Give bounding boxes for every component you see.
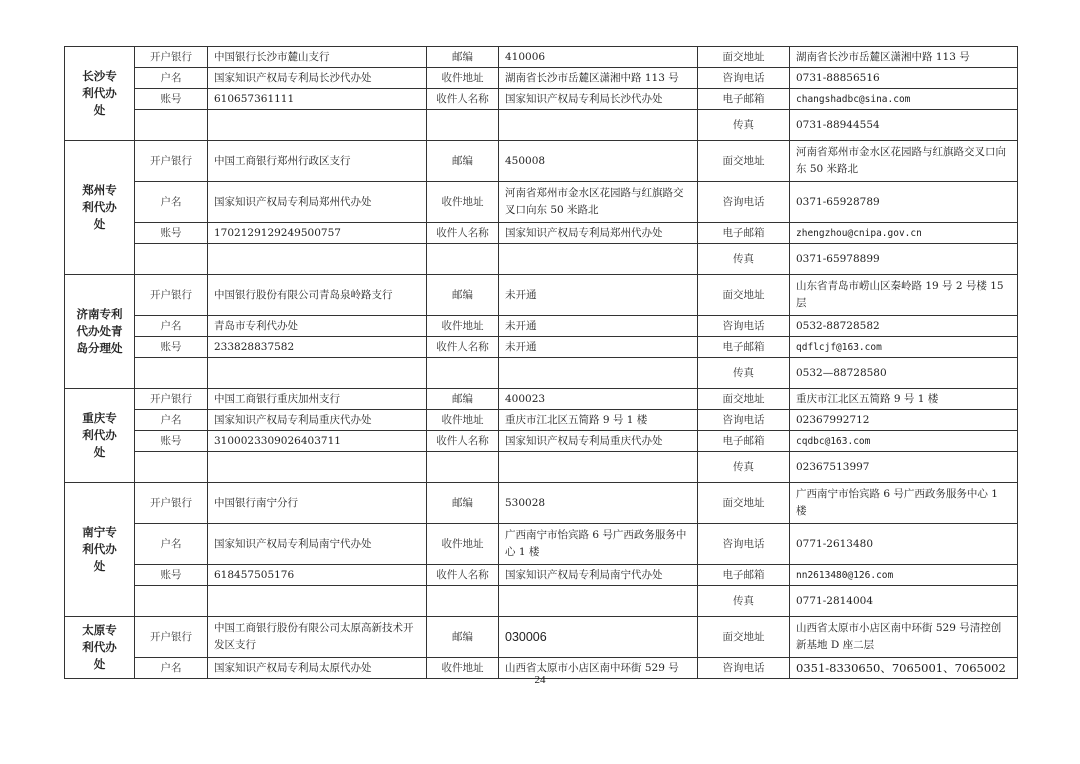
email-value: qdflcjf@163.com [790, 337, 1018, 358]
label-postcode: 邮编 [427, 483, 499, 524]
office-name: 济南专利代办处青岛分理处 [65, 275, 135, 389]
label-account-no: 账号 [135, 337, 208, 358]
fax-value: 02367513997 [790, 452, 1018, 483]
label-visit-address: 面交地址 [698, 275, 790, 316]
label-fax: 传真 [698, 586, 790, 617]
empty-cell [208, 244, 427, 275]
email-value: changshadbc@sina.com [790, 89, 1018, 110]
table-row: 户名 国家知识产权局专利局南宁代办处 收件地址 广西南宁市怡宾路 6 号广西政务… [65, 524, 1018, 565]
table-row: 账号 610657361111 收件人名称 国家知识产权局专利局长沙代办处 电子… [65, 89, 1018, 110]
label-fax: 传真 [698, 452, 790, 483]
label-phone: 咨询电话 [698, 68, 790, 89]
visit-address-value: 湖南省长沙市岳麓区潇湘中路 113 号 [790, 47, 1018, 68]
account-name-value: 青岛市专利代办处 [208, 316, 427, 337]
table-row: 传真 0731-88944554 [65, 110, 1018, 141]
postcode-value: 450008 [499, 141, 698, 182]
label-mail-address: 收件地址 [427, 410, 499, 431]
account-name-value: 国家知识产权局专利局重庆代办处 [208, 410, 427, 431]
phone-value: 02367992712 [790, 410, 1018, 431]
label-email: 电子邮箱 [698, 565, 790, 586]
empty-cell [208, 358, 427, 389]
label-postcode: 邮编 [427, 141, 499, 182]
patent-office-table: 长沙专利代办处 开户银行 中国银行长沙市麓山支行 邮编 410006 面交地址 … [64, 46, 1018, 679]
label-email: 电子邮箱 [698, 431, 790, 452]
table-row: 传真 0532—88728580 [65, 358, 1018, 389]
label-account-name: 户名 [135, 410, 208, 431]
page-number: 24 [0, 674, 1080, 686]
label-recipient: 收件人名称 [427, 431, 499, 452]
empty-cell [135, 110, 208, 141]
label-account-no: 账号 [135, 223, 208, 244]
table-row: 户名 国家知识产权局专利局重庆代办处 收件地址 重庆市江北区五简路 9 号 1 … [65, 410, 1018, 431]
label-bank: 开户银行 [135, 483, 208, 524]
phone-value: 0731-88856516 [790, 68, 1018, 89]
postcode-value: 未开通 [499, 275, 698, 316]
mail-address-value: 广西南宁市怡宾路 6 号广西政务服务中心 1 楼 [499, 524, 698, 565]
account-name-value: 国家知识产权局专利局郑州代办处 [208, 182, 427, 223]
label-postcode: 邮编 [427, 617, 499, 658]
recipient-value: 国家知识产权局专利局南宁代办处 [499, 565, 698, 586]
label-mail-address: 收件地址 [427, 182, 499, 223]
empty-cell [427, 358, 499, 389]
empty-cell [499, 110, 698, 141]
empty-cell [208, 110, 427, 141]
empty-cell [135, 586, 208, 617]
table-row: 账号 618457505176 收件人名称 国家知识产权局专利局南宁代办处 电子… [65, 565, 1018, 586]
account-name-value: 国家知识产权局专利局南宁代办处 [208, 524, 427, 565]
label-phone: 咨询电话 [698, 316, 790, 337]
visit-address-value: 重庆市江北区五简路 9 号 1 楼 [790, 389, 1018, 410]
recipient-value: 国家知识产权局专利局郑州代办处 [499, 223, 698, 244]
empty-cell [135, 358, 208, 389]
email-value: zhengzhou@cnipa.gov.cn [790, 223, 1018, 244]
label-phone: 咨询电话 [698, 182, 790, 223]
label-account-name: 户名 [135, 316, 208, 337]
recipient-value: 未开通 [499, 337, 698, 358]
empty-cell [499, 244, 698, 275]
bank-value: 中国银行南宁分行 [208, 483, 427, 524]
label-visit-address: 面交地址 [698, 389, 790, 410]
table-row: 户名 国家知识产权局专利局长沙代办处 收件地址 湖南省长沙市岳麓区潇湘中路 11… [65, 68, 1018, 89]
visit-address-value: 山东省青岛市崂山区秦岭路 19 号 2 号楼 15 层 [790, 275, 1018, 316]
label-bank: 开户银行 [135, 275, 208, 316]
office-name: 长沙专利代办处 [65, 47, 135, 141]
table-row: 郑州专利代办处 开户银行 中国工商银行郑州行政区支行 邮编 450008 面交地… [65, 141, 1018, 182]
table-row: 账号 3100023309026403711 收件人名称 国家知识产权局专利局重… [65, 431, 1018, 452]
phone-value: 0532-88728582 [790, 316, 1018, 337]
table-row: 南宁专利代办处 开户银行 中国银行南宁分行 邮编 530028 面交地址 广西南… [65, 483, 1018, 524]
table-row: 账号 1702129129249500757 收件人名称 国家知识产权局专利局郑… [65, 223, 1018, 244]
empty-cell [135, 244, 208, 275]
label-bank: 开户银行 [135, 617, 208, 658]
postcode-value: 410006 [499, 47, 698, 68]
recipient-value: 国家知识产权局专利局重庆代办处 [499, 431, 698, 452]
account-no-value: 233828837582 [208, 337, 427, 358]
table-row: 传真 0771-2814004 [65, 586, 1018, 617]
empty-cell [427, 110, 499, 141]
bank-value: 中国银行长沙市麓山支行 [208, 47, 427, 68]
label-fax: 传真 [698, 110, 790, 141]
postcode-value: 030006 [499, 617, 698, 658]
label-recipient: 收件人名称 [427, 565, 499, 586]
office-name: 南宁专利代办处 [65, 483, 135, 617]
table-row: 账号 233828837582 收件人名称 未开通 电子邮箱 qdflcjf@1… [65, 337, 1018, 358]
account-name-value: 国家知识产权局专利局长沙代办处 [208, 68, 427, 89]
label-mail-address: 收件地址 [427, 316, 499, 337]
empty-cell [427, 586, 499, 617]
empty-cell [427, 452, 499, 483]
label-account-no: 账号 [135, 565, 208, 586]
table-row: 户名 青岛市专利代办处 收件地址 未开通 咨询电话 0532-88728582 [65, 316, 1018, 337]
fax-value: 0371-65978899 [790, 244, 1018, 275]
table-row: 济南专利代办处青岛分理处 开户银行 中国银行股份有限公司青岛泉岭路支行 邮编 未… [65, 275, 1018, 316]
fax-value: 0771-2814004 [790, 586, 1018, 617]
label-visit-address: 面交地址 [698, 141, 790, 182]
office-name: 郑州专利代办处 [65, 141, 135, 275]
account-no-value: 1702129129249500757 [208, 223, 427, 244]
table-row: 重庆专利代办处 开户银行 中国工商银行重庆加州支行 邮编 400023 面交地址… [65, 389, 1018, 410]
empty-cell [427, 244, 499, 275]
label-email: 电子邮箱 [698, 337, 790, 358]
label-postcode: 邮编 [427, 389, 499, 410]
empty-cell [208, 586, 427, 617]
visit-address-value: 广西南宁市怡宾路 6 号广西政务服务中心 1 楼 [790, 483, 1018, 524]
empty-cell [499, 452, 698, 483]
label-mail-address: 收件地址 [427, 524, 499, 565]
mail-address-value: 重庆市江北区五简路 9 号 1 楼 [499, 410, 698, 431]
label-account-name: 户名 [135, 182, 208, 223]
label-bank: 开户银行 [135, 389, 208, 410]
fax-value: 0532—88728580 [790, 358, 1018, 389]
phone-value: 0371-65928789 [790, 182, 1018, 223]
phone-value: 0771-2613480 [790, 524, 1018, 565]
bank-value: 中国银行股份有限公司青岛泉岭路支行 [208, 275, 427, 316]
label-recipient: 收件人名称 [427, 89, 499, 110]
table-row: 长沙专利代办处 开户银行 中国银行长沙市麓山支行 邮编 410006 面交地址 … [65, 47, 1018, 68]
recipient-value: 国家知识产权局专利局长沙代办处 [499, 89, 698, 110]
table-row: 传真 0371-65978899 [65, 244, 1018, 275]
label-bank: 开户银行 [135, 141, 208, 182]
office-name: 重庆专利代办处 [65, 389, 135, 483]
label-fax: 传真 [698, 244, 790, 275]
fax-value: 0731-88944554 [790, 110, 1018, 141]
email-value: nn2613480@126.com [790, 565, 1018, 586]
empty-cell [135, 452, 208, 483]
label-mail-address: 收件地址 [427, 68, 499, 89]
account-no-value: 618457505176 [208, 565, 427, 586]
mail-address-value: 未开通 [499, 316, 698, 337]
mail-address-value: 河南省郑州市金水区花园路与红旗路交叉口向东 50 米路北 [499, 182, 698, 223]
account-no-value: 610657361111 [208, 89, 427, 110]
email-value: cqdbc@163.com [790, 431, 1018, 452]
label-recipient: 收件人名称 [427, 223, 499, 244]
bank-value: 中国工商银行股份有限公司太原高新技术开发区支行 [208, 617, 427, 658]
label-visit-address: 面交地址 [698, 483, 790, 524]
table-row: 户名 国家知识产权局专利局郑州代办处 收件地址 河南省郑州市金水区花园路与红旗路… [65, 182, 1018, 223]
empty-cell [208, 452, 427, 483]
label-account-no: 账号 [135, 431, 208, 452]
account-no-value: 3100023309026403711 [208, 431, 427, 452]
label-bank: 开户银行 [135, 47, 208, 68]
table-row: 太原专利代办处 开户银行 中国工商银行股份有限公司太原高新技术开发区支行 邮编 … [65, 617, 1018, 658]
empty-cell [499, 586, 698, 617]
label-account-no: 账号 [135, 89, 208, 110]
bank-value: 中国工商银行重庆加州支行 [208, 389, 427, 410]
label-postcode: 邮编 [427, 275, 499, 316]
label-phone: 咨询电话 [698, 410, 790, 431]
label-phone: 咨询电话 [698, 524, 790, 565]
label-email: 电子邮箱 [698, 223, 790, 244]
label-account-name: 户名 [135, 524, 208, 565]
visit-address-value: 河南省郑州市金水区花园路与红旗路交叉口向东 50 米路北 [790, 141, 1018, 182]
label-visit-address: 面交地址 [698, 617, 790, 658]
label-recipient: 收件人名称 [427, 337, 499, 358]
label-postcode: 邮编 [427, 47, 499, 68]
postcode-value: 530028 [499, 483, 698, 524]
label-account-name: 户名 [135, 68, 208, 89]
table-row: 传真 02367513997 [65, 452, 1018, 483]
visit-address-value: 山西省太原市小店区南中环街 529 号清控创新基地 D 座二层 [790, 617, 1018, 658]
label-email: 电子邮箱 [698, 89, 790, 110]
empty-cell [499, 358, 698, 389]
mail-address-value: 湖南省长沙市岳麓区潇湘中路 113 号 [499, 68, 698, 89]
office-name: 太原专利代办处 [65, 617, 135, 679]
label-visit-address: 面交地址 [698, 47, 790, 68]
bank-value: 中国工商银行郑州行政区支行 [208, 141, 427, 182]
postcode-value: 400023 [499, 389, 698, 410]
label-fax: 传真 [698, 358, 790, 389]
